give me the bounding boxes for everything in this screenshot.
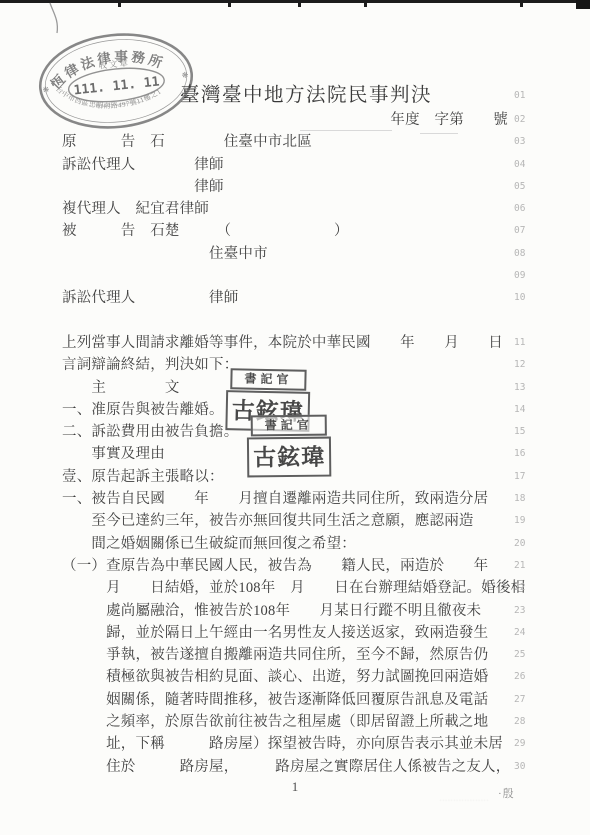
line-number: 05 [514,176,540,198]
judgment-line: 年度 字第 號 02 [62,109,540,131]
line-number: 06 [514,198,540,220]
line-text: 訴訟代理人 律師 [62,154,508,176]
footer-noise: ∙∙∙∙∙∙∙∙∙∙∙∙∙∙∙∙∙∙ [440,799,490,804]
scan-curve-artifact [40,2,70,36]
scan-tick [364,3,367,7]
judgment-line: 積極欲與被告相約見面、談心、出遊，努力試圖挽回兩造婚 26 [62,666,540,688]
line-text: （一）查原告為中華民國人民，被告為 籍人民，兩造於 年 [62,555,508,577]
line-text: 律師 [62,176,508,198]
line-number: 03 [514,131,540,153]
stamp-rosette-right-icon: ❋ [181,70,189,80]
line-number: 11 [514,332,540,354]
corner-mark: ·殷 [498,785,515,801]
line-number: 29 [514,733,540,755]
line-text: 訴訟代理人 律師 [62,287,508,309]
line-text: 處尚屬融洽，惟被告於108年 月某日行蹤不明且徹夜未 [62,600,508,622]
line-number: 10 [514,287,540,309]
line-number: 19 [514,510,540,532]
judgment-line: 一、被告自民國 年 月擅自遷離兩造共同住所，致兩造分居 18 [62,488,540,510]
line-number: 14 [514,399,540,421]
line-number: 23 [514,600,540,622]
line-text: 被 告 石楚 （ ） [62,220,508,242]
judgment-line: 歸，並於隔日上午經由一名男性友人接送返家，致兩造發生 24 [62,622,540,644]
clerk-stamp-name: 古鉉瑋 [247,437,331,478]
line-number: 28 [514,711,540,733]
judgment-line: 律師 05 [62,176,540,198]
line-text: 間之婚姻關係已生破綻而無回復之希望： [62,533,508,555]
judgment-line: 處尚屬融洽，惟被告於108年 月某日行蹤不明且徹夜未 23 [62,600,540,622]
clerk-stamp-2: 書記官 古鉉瑋 [247,415,332,478]
line-number: 22 [514,577,540,599]
line-text: 複代理人 紀宜君律師 [62,198,508,220]
line-text: 姻關係，隨著時間推移，被告逐漸降低回覆原告訊息及電話 [62,689,508,711]
line-text: 之頻率，於原告欲前往被告之租屋處（即居留證上所載之地 [62,711,508,733]
judgment-line: 之頻率，於原告欲前往被告之租屋處（即居留證上所載之地 28 [62,711,540,733]
line-text: 址，下稱 路房屋）探望被告時，亦向原告表示其並未居 [62,733,508,755]
line-number: 27 [514,689,540,711]
line-number: 04 [514,154,540,176]
judgment-line: 間之婚姻關係已生破綻而無回復之希望： 20 [62,533,540,555]
line-number: 13 [514,377,540,399]
line-number: 17 [514,466,540,488]
line-text: 年度 字第 號 [62,109,508,131]
line-number: 15 [514,421,540,443]
line-number: 16 [514,443,540,465]
judgment-line: 爭執，被告遂擅自搬離兩造共同住所，至今不歸，然原告仍 25 [62,644,540,666]
scan-corner-blob [576,0,590,9]
scan-top-edge [0,0,590,3]
judgment-line: 訴訟代理人 律師 04 [62,154,540,176]
judgment-line: 複代理人 紀宜君律師 06 [62,198,540,220]
line-number: 21 [514,555,540,577]
judgment-line: 臺灣臺中地方法院民事判決 01 [62,82,540,109]
stamp-rosette-left-icon: ❋ [42,85,50,95]
line-text: 臺灣臺中地方法院民事判決 [62,82,508,109]
clerk-stamp-title: 書記官 [251,415,327,437]
line-number: 25 [514,644,540,666]
clerk-stamp-title: 書記官 [230,368,306,391]
judgment-line: 址，下稱 路房屋）探望被告時，亦向原告表示其並未居 29 [62,733,540,755]
judgment-line: 訴訟代理人 律師 10 [62,287,540,309]
judgment-line: 原 告 石 住臺中市北區 03 [62,131,540,153]
judgment-line: 姻關係，隨著時間推移，被告逐漸降低回覆原告訊息及電話 27 [62,689,540,711]
judgment-line: 至今已達約三年，被告亦無回復共同生活之意願，應認兩造 19 [62,510,540,532]
line-text: 住臺中市 [62,243,508,265]
judgment-line: （一）查原告為中華民國人民，被告為 籍人民，兩造於 年 21 [62,555,540,577]
judgment-line: 被 告 石楚 （ ） 07 [62,220,540,242]
line-text: 爭執，被告遂擅自搬離兩造共同住所，至今不歸，然原告仍 [62,644,508,666]
line-number: 07 [514,220,540,242]
line-number: 24 [514,622,540,644]
line-text: 至今已達約三年，被告亦無回復共同生活之意願，應認兩造 [62,510,508,532]
line-text: 一、被告自民國 年 月擅自遷離兩造共同住所，致兩造分居 [62,488,508,510]
line-text: 住於 路房屋， 路房屋之實際居住人係被告之友人， [62,756,508,778]
judgment-line: 住臺中市 08 [62,243,540,265]
scan-tick [298,3,301,7]
line-number: 26 [514,666,540,688]
judgment-line: 上列當事人間請求離婚等事件，本院於中華民國 年 月 日 11 [62,332,540,354]
scan-tick [520,3,523,7]
line-text: 月 日結婚，並於108年 月 日在台辦理結婚登記。婚後相 [62,577,508,599]
line-text: 原 告 石 住臺中市北區 [62,131,508,153]
line-text: 積極欲與被告相約見面、談心、出遊，努力試圖挽回兩造婚 [62,666,508,688]
scan-tick [228,3,231,7]
line-number: 18 [514,488,540,510]
line-number: 20 [514,533,540,555]
line-number: 01 [514,82,540,109]
judgment-document-page: 恆律法律事務所 收文章 111. 11. 11 電04-2──────── 台中… [0,0,590,835]
judgment-line: 09 [62,265,540,287]
judgment-line: 月 日結婚，並於108年 月 日在台辦理結婚登記。婚後相 22 [62,577,540,599]
line-number: 02 [514,109,540,131]
line-text: 歸，並於隔日上午經由一名男性友人接送返家，致兩造發生 [62,622,508,644]
scan-tick [118,3,121,7]
line-number: 30 [514,756,540,778]
judgment-line [62,310,540,332]
line-text: 上列當事人間請求離婚等事件，本院於中華民國 年 月 日 [62,332,508,354]
line-number: 12 [514,354,540,376]
line-number: 08 [514,243,540,265]
line-number: 09 [514,265,540,287]
judgment-line: 住於 路房屋， 路房屋之實際居住人係被告之友人， 30 [62,756,540,778]
